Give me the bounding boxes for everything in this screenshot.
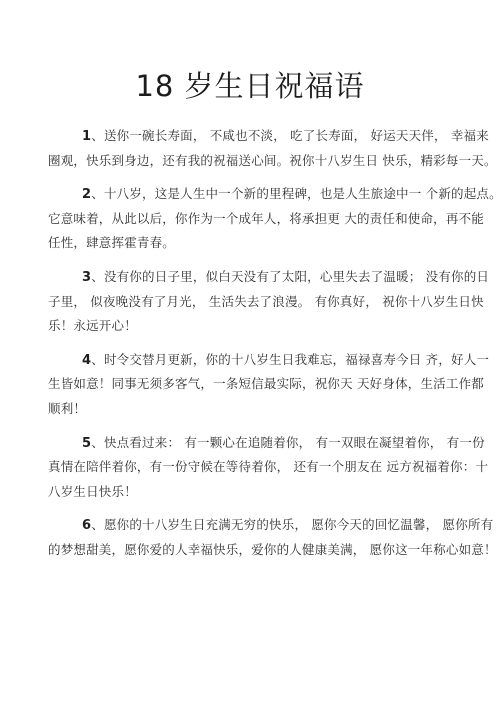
paragraph-number: 1 [82,129,91,144]
paragraph-4: 4、时令交替月更新，你的十八岁生日我难忘，福禄喜寿今日 齐，好人一 生皆如意！同… [48,348,468,422]
paragraph-line: 真情在陪伴着你，有一份守候在等待着你， 还有一个朋友在 远方祝福着你：十 [48,455,468,480]
paragraph-line: 圈观，快乐到身边，还有我的祝福送心间。祝你十八岁生日 快乐，精彩每一天。 [48,149,468,174]
page-title: 18 岁生日祝福语 [0,66,500,106]
document-page: 18 岁生日祝福语 1、送你一碗长寿面， 不咸也不淡， 吃了长寿面， 好运天天伴… [0,0,500,708]
paragraph-line: 的梦想甜美，愿你爱的人幸福快乐，爱你的人健康美满， 愿你这一年称心如意！ [48,538,468,563]
paragraph-5: 5、快点看过来： 有一颗心在追随着你， 有一双眼在凝望着你， 有一份 真情在陪伴… [48,431,468,505]
paragraph-line: 任性，肆意挥霍青春。 [48,231,468,256]
paragraph-number: 3 [82,270,91,285]
paragraph-line: 5、快点看过来： 有一颗心在追随着你， 有一双眼在凝望着你， 有一份 [48,431,468,456]
document-body: 1、送你一碗长寿面， 不咸也不淡， 吃了长寿面， 好运天天伴， 幸福来 圈观，快… [48,124,468,572]
paragraph-3: 3、没有你的日子里，似白天没有了太阳，心里失去了温暖； 没有你的日 子里， 似夜… [48,265,468,339]
paragraph-line: 2、十八岁，这是人生中一个新的里程碑，也是人生旅途中一 个新的起点。 [48,182,468,207]
paragraph-6: 6、愿你的十八岁生日充满无穷的快乐， 愿你今天的回忆温馨， 愿你所有 的梦想甜美… [48,513,468,562]
paragraph-line: 子里， 似夜晚没有了月光， 生活失去了浪漫。 有你真好， 祝你十八岁生日快 [48,290,468,315]
paragraph-line: 它意味着，从此以后，你作为一个成年人，将承担更 大的责任和使命，再不能 [48,207,468,232]
paragraph-line: 6、愿你的十八岁生日充满无穷的快乐， 愿你今天的回忆温馨， 愿你所有 [48,513,468,538]
paragraph-1: 1、送你一碗长寿面， 不咸也不淡， 吃了长寿面， 好运天天伴， 幸福来 圈观，快… [48,124,468,173]
paragraph-line: 生皆如意！同事无须多客气，一条短信最实际，祝你天 天好身体，生活工作都 [48,372,468,397]
paragraph-line: 4、时令交替月更新，你的十八岁生日我难忘，福禄喜寿今日 齐，好人一 [48,348,468,373]
paragraph-line: 顺利！ [48,397,468,422]
paragraph-line: 3、没有你的日子里，似白天没有了太阳，心里失去了温暖； 没有你的日 [48,265,468,290]
paragraph-number: 2 [82,187,91,202]
paragraph-number: 6 [82,518,91,533]
paragraph-line: 乐！永远开心！ [48,314,468,339]
paragraph-2: 2、十八岁，这是人生中一个新的里程碑，也是人生旅途中一 个新的起点。 它意味着，… [48,182,468,256]
paragraph-number: 5 [82,436,91,451]
paragraph-line: 1、送你一碗长寿面， 不咸也不淡， 吃了长寿面， 好运天天伴， 幸福来 [48,124,468,149]
paragraph-number: 4 [82,353,91,368]
paragraph-line: 八岁生日快乐！ [48,480,468,505]
